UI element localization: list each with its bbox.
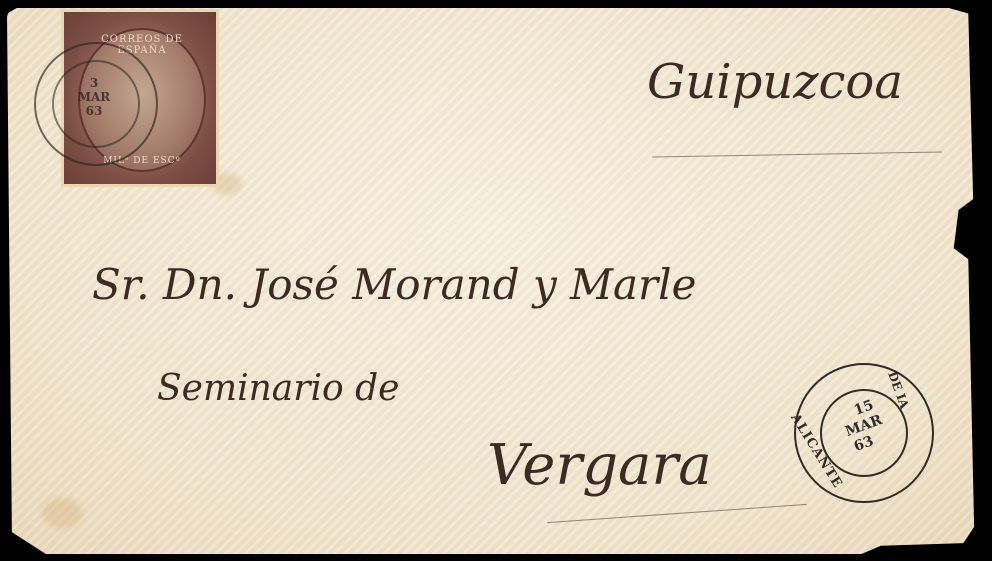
institution: Seminario de [157,368,399,409]
cancel-day: 3 [72,76,116,90]
city: Vergara [487,433,712,498]
postage-stamp: CORREOS DE ESPAÑA MILᵉ DE ESCº 3 MAR 63 [64,12,216,184]
stamp-cancel-postmark: 3 MAR 63 [34,42,158,166]
underline [652,151,942,157]
stain [212,173,242,195]
stamp-cancel-date: 3 MAR 63 [72,76,116,118]
destination-region: Guipuzcoa [647,54,903,110]
underline [547,504,806,523]
cancel-month: MAR [72,90,116,104]
cancel-year: 63 [72,104,116,118]
stain [42,498,82,528]
postmark: DE IA ALICANTE 15 MAR 63 [794,363,934,503]
postmark-inner-ring: 15 MAR 63 [820,389,908,477]
stain [957,203,975,231]
addressee: Sr. Dn. José Morand y Marle [92,260,696,309]
